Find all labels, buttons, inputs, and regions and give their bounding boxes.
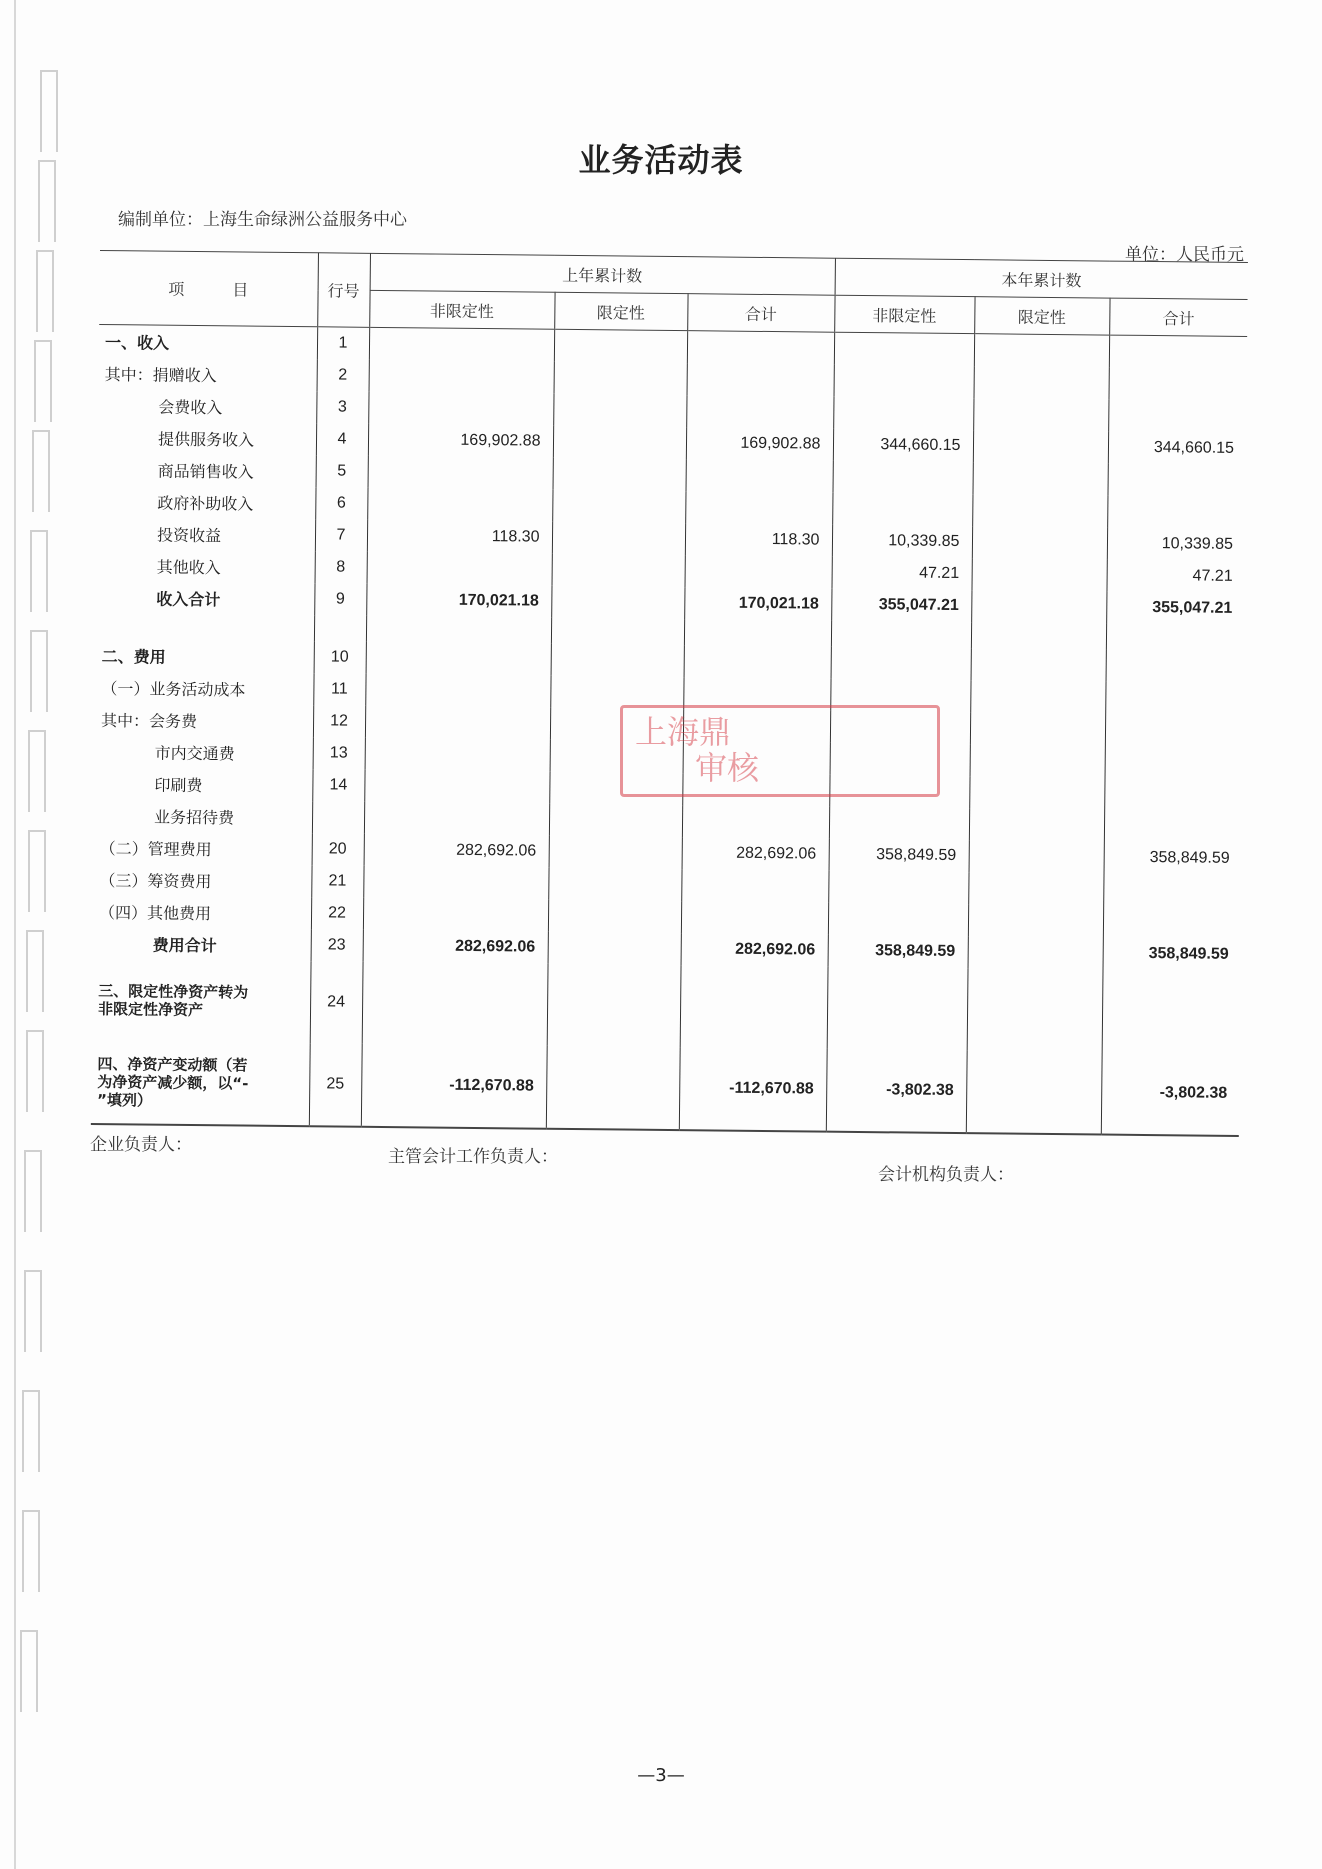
row-label: 业务招待费 [94,799,312,833]
row-number: 14 [312,769,364,802]
cell-cy-res [969,840,1104,873]
cell-py-unres: 282,692.06 [364,834,549,868]
cell-py-unres [363,898,548,932]
row-label: 印刷费 [94,767,312,801]
cell-py-unres [367,488,552,522]
cell-cy-res [972,494,1107,527]
cell-py-unres [367,552,552,586]
binding-hole-mark [28,730,46,812]
cell-py-total [680,965,828,1049]
cell-py-unres [369,360,554,394]
row-label: 收入合计 [96,581,314,615]
cell-cy-res [972,462,1107,495]
cell-cy-total [1108,400,1246,433]
cell-py-unres [369,327,554,361]
row-number: 13 [313,737,365,770]
cell-py-res [548,932,681,965]
cell-cy-total [1102,970,1241,1053]
cell-py-unres: 169,902.88 [368,424,553,458]
row-number: 3 [316,391,368,424]
row-number: 5 [316,455,368,488]
binding-hole-mark [26,930,44,1012]
cell-py-total: -112,670.88 [679,1047,827,1132]
cell-py-unres [363,866,548,900]
cell-py-unres [365,674,550,708]
cell-cy-total: 47.21 [1106,560,1244,593]
row-label: 其中：会务费 [95,703,313,737]
cell-py-res [553,394,686,427]
cell-cy-res [969,808,1104,841]
cell-py-total [681,869,828,903]
header-py-total: 合计 [687,294,834,333]
cell-cy-res [970,712,1105,745]
row-label: 其中：捐赠收入 [99,357,317,391]
cell-py-total [685,555,832,589]
cell-py-res [552,490,685,523]
cell-cy-unres [833,397,973,430]
cell-py-unres [365,706,550,740]
cell-cy-unres: 10,339.85 [832,525,972,558]
binding-hole-mark [26,1030,44,1112]
row-number: 7 [315,519,367,552]
cell-cy-total [1103,874,1241,907]
cell-py-res [552,554,685,587]
cell-cy-res [972,526,1107,559]
row-number: 11 [313,673,365,706]
row-number: 20 [312,833,364,866]
stamp-line-1: 上海鼎 [635,714,925,750]
cell-cy-unres: 358,849.59 [828,935,968,968]
cell-py-res [546,1046,680,1130]
header-row-no: 行号 [317,253,370,328]
binding-hole-mark [24,1150,42,1232]
cell-py-total [686,395,833,429]
cell-py-unres [364,770,549,804]
audit-stamp: 上海鼎 审核 [620,705,940,797]
cell-cy-res [968,872,1103,905]
cell-cy-res [967,968,1103,1051]
cell-py-res [553,426,686,459]
cell-py-unres: 170,021.18 [366,584,551,618]
binding-hole-mark [30,530,48,612]
cell-cy-unres: 355,047.21 [831,589,971,622]
header-current-year: 本年累计数 [835,258,1248,299]
cell-cy-unres: -3,802.38 [826,1049,967,1133]
cell-py-res [554,362,687,395]
cell-py-unres [364,802,549,836]
cell-py-res [551,586,684,619]
activity-statement-table: 项 目 行号 上年累计数 本年累计数 非限定性 限定性 合计 非限定性 限定性 … [91,250,1248,1137]
cell-cy-unres [827,967,968,1050]
signature-accounting-supervisor: 主管会计工作负责人： [388,1142,558,1167]
cell-cy-total [1105,746,1243,779]
row-number: 21 [311,865,363,898]
cell-cy-res [974,334,1109,368]
cell-cy-res [973,430,1108,463]
binding-hole-mark [36,250,54,332]
cell-cy-unres [831,647,971,680]
binding-hole-mark [30,630,48,712]
header-cy-total: 合计 [1109,298,1247,336]
row-number: 1 [317,327,369,360]
row-number: 4 [316,423,368,456]
cell-cy-total [1105,714,1243,747]
header-cy-restricted: 限定性 [974,297,1109,335]
cell-py-unres [368,456,553,490]
row-label: 政府补助收入 [97,485,315,519]
cell-py-res [548,900,681,933]
row-label: （一）业务活动成本 [95,671,313,705]
row-label: 三、限定性净资产转为 非限定性净资产 [92,959,311,1043]
cell-cy-unres [832,493,972,526]
cell-py-total [687,363,834,397]
prepared-by: 编制单位：上海生命绿洲公益服务中心 [118,205,407,230]
cell-py-unres [366,642,551,676]
cell-cy-total [1104,778,1242,811]
cell-py-res [549,804,682,837]
row-label: 其他收入 [97,549,315,583]
page-number: —3— [0,1765,1322,1786]
cell-cy-unres: 47.21 [831,557,971,590]
cell-cy-res [973,366,1108,399]
cell-py-total [681,901,828,935]
cell-py-res [549,836,682,869]
row-number: 12 [313,705,365,738]
cell-cy-total [1107,464,1245,497]
row-number: 2 [317,359,369,392]
cell-cy-unres [829,807,969,840]
cell-py-res [548,868,681,901]
cell-cy-total [1108,368,1246,401]
table-row: 四、净资产变动额（若 为净资产减少额，以“- ”填列）25-112,670.88… [91,1041,1240,1136]
cell-py-total: 282,692.06 [681,933,828,967]
row-label: 一、收入 [99,324,317,359]
binding-hole-mark [34,340,52,422]
cell-cy-total [1106,650,1244,683]
cell-cy-res [966,1050,1102,1134]
signature-accounting-dept-head: 会计机构负责人： [878,1160,1014,1185]
cell-cy-total: 355,047.21 [1106,592,1244,625]
binding-edge [14,0,16,1869]
cell-cy-res [969,776,1104,809]
binding-hole-mark [22,1390,40,1472]
cell-py-unres [365,738,550,772]
row-number: 22 [311,897,363,930]
binding-hole-mark [32,430,50,512]
row-label: 二、费用 [96,639,314,673]
cell-cy-total [1103,906,1241,939]
cell-py-total: 282,692.06 [682,837,829,871]
row-label: 投资收益 [97,517,315,551]
document-title: 业务活动表 [0,135,1322,181]
cell-cy-res [973,398,1108,431]
binding-hole-mark [28,830,46,912]
header-py-unrestricted: 非限定性 [369,290,554,329]
cell-cy-unres: 358,849.59 [829,839,969,872]
row-number: 10 [314,641,366,674]
cell-cy-res [971,648,1106,681]
cell-cy-total: 10,339.85 [1107,528,1245,561]
cell-cy-res [968,936,1103,969]
stamp-line-2: 审核 [635,750,925,786]
cell-cy-total [1105,682,1243,715]
cell-cy-total: 344,660.15 [1108,432,1246,465]
signature-enterprise-head: 企业负责人： [90,1130,192,1155]
binding-hole-mark [24,1270,42,1352]
row-number: 8 [315,551,367,584]
cell-py-unres: 282,692.06 [363,930,548,964]
cell-cy-total: 358,849.59 [1103,938,1241,971]
cell-py-res [552,522,685,555]
cell-cy-res [971,590,1106,623]
row-label: 提供服务收入 [98,421,316,455]
binding-hole-mark [22,1510,40,1592]
cell-cy-res [970,680,1105,713]
cell-py-total [682,805,829,839]
cell-cy-total [1104,810,1242,843]
row-label: 费用合计 [93,927,311,961]
cell-cy-res [968,904,1103,937]
cell-cy-unres [832,461,972,494]
cell-py-unres: -112,670.88 [361,1044,547,1129]
cell-py-res [547,964,681,1047]
row-label: 会费收入 [98,389,316,423]
cell-cy-unres [834,365,974,398]
row-number [312,801,364,834]
row-label: （三）筹资费用 [93,863,311,897]
cell-cy-res [970,744,1105,777]
binding-hole-mark [20,1630,38,1712]
cell-py-res [554,329,687,363]
cell-cy-total: 358,849.59 [1104,842,1242,875]
cell-py-res [553,458,686,491]
row-number: 6 [315,487,367,520]
row-number: 23 [311,929,363,962]
header-cy-unrestricted: 非限定性 [834,295,974,333]
header-item: 项 目 [99,250,318,326]
row-label: 四、净资产变动额（若 为净资产减少额，以“- ”填列） [91,1041,310,1126]
cell-cy-total [1109,335,1247,369]
cell-py-total: 170,021.18 [684,587,831,621]
cell-py-res [551,644,684,677]
cell-py-unres [368,392,553,426]
header-py-restricted: 限定性 [554,292,687,330]
table-row: 三、限定性净资产转为 非限定性净资产24 [92,959,1241,1053]
cell-py-total [685,491,832,525]
cell-cy-unres: 344,660.15 [833,429,973,462]
cell-cy-unres [828,903,968,936]
cell-cy-unres [828,871,968,904]
cell-cy-unres [834,332,974,366]
cell-py-total [686,459,833,493]
row-label: 市内交通费 [95,735,313,769]
cell-py-total: 169,902.88 [686,427,833,461]
cell-py-unres: 118.30 [367,520,552,554]
cell-cy-total: -3,802.38 [1101,1052,1240,1136]
row-label: （二）管理费用 [94,831,312,865]
cell-py-total [684,645,831,679]
row-label: （四）其他费用 [93,895,311,929]
cell-py-total [687,331,834,365]
cell-py-total: 118.30 [685,523,832,557]
row-label: 商品销售收入 [98,453,316,487]
cell-py-unres [362,962,548,1046]
row-number: 9 [314,583,366,616]
cell-cy-res [971,558,1106,591]
cell-cy-total [1107,496,1245,529]
row-number: 25 [309,1043,362,1127]
row-number: 24 [310,961,363,1044]
header-prior-year: 上年累计数 [370,253,835,295]
